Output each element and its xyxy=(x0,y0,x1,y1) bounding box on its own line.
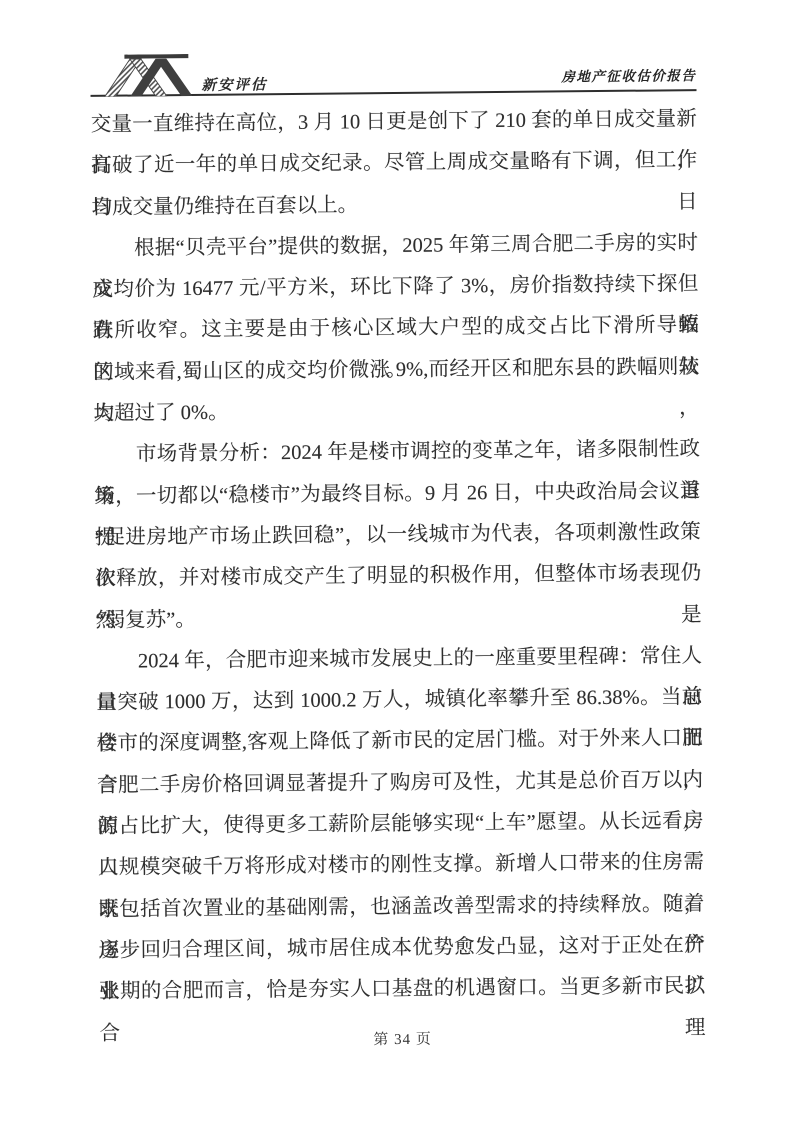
text-line: 交均价为 16477 元/平方米，环比下降了 3%，房价指数持续下探但跌幅 xyxy=(92,264,698,311)
text-line: 打破了近一年的单日成交纪录。尽管上周成交量略有下调，但工作日日 xyxy=(91,140,697,187)
text-line: “促进房地产市场止跌回稳”，以一线城市为代表，各项刺激性政策依 xyxy=(95,512,701,559)
text-line: 既包括首次置业的基础刚需，也涵盖改善型需求的持续释放。随着房价 xyxy=(98,884,704,931)
text-line: 交量一直维持在高位，3 月 10 日更是创下了 210 套的单日成交量新高， xyxy=(91,99,697,146)
company-logo-block: 新安评估 xyxy=(102,53,267,97)
page-header: 新安评估 房地产征收估价报告 xyxy=(90,0,697,97)
text-line: 张期的合肥而言，恰是夯实人口基盘的机遇窗口。当更多新市民以合理 xyxy=(99,966,705,1013)
text-line: 口规模突破千万将形成对楼市的刚性支撑。新增人口带来的住房需求， xyxy=(98,842,704,889)
text-line: 次释放，并对楼市成交产生了明显的积极作用，但整体市场表现仍然是 xyxy=(95,553,701,600)
text-line: 楼市的深度调整,客观上降低了新市民的定居门槛。对于外来人口而言， xyxy=(97,719,703,766)
text-line: 逐步回归合理区间，城市居住成本优势愈发凸显，这对于正处在产业扩 xyxy=(99,925,705,972)
page-number-label: 第 34 页 xyxy=(373,1032,432,1049)
company-logo-icon xyxy=(102,54,194,97)
text-line: 区域来看,蜀山区的成交均价微涨 9%,而经开区和肥东县的跌幅则较大， xyxy=(93,347,699,394)
text-line: 2024 年，合肥市迎来城市发展史上的一座重要里程碑：常住人口总 xyxy=(96,636,702,683)
text-line: 根据“贝壳平台”提供的数据，2025 年第三周合肥二手房的实时成 xyxy=(92,223,698,270)
company-name: 新安评估 xyxy=(201,78,267,96)
text-line: 源占比扩大，使得更多工薪阶层能够实现“上车”愿望。从长远看，人 xyxy=(97,801,703,848)
report-title: 房地产征收估价报告 xyxy=(561,64,696,85)
text-line: 合肥二手房价格回调显著提升了购房可及性，尤其是总价百万以内的房 xyxy=(97,760,703,807)
text-line: 量突破 1000 万，达到 1000.2 万人，城镇化率攀升至 86.38%。当… xyxy=(96,677,702,724)
text-line: 有所收窄。这主要是由于核心区域大户型的成交占比下滑所导致的。从 xyxy=(93,306,699,353)
body-text: 交量一直维持在高位，3 月 10 日更是创下了 210 套的单日成交量新高，打破… xyxy=(91,99,706,1013)
document-page: 新安评估 房地产征收估价报告 交量一直维持在高位，3 月 10 日更是创下了 2… xyxy=(0,0,793,1121)
text-line: 市场背景分析：2024 年是楼市调控的变革之年，诸多限制性政策退 xyxy=(94,429,700,476)
text-line: 场，一切都以“稳楼市”为最终目标。9 月 26 日，中央政治局会议首提 xyxy=(94,471,700,518)
